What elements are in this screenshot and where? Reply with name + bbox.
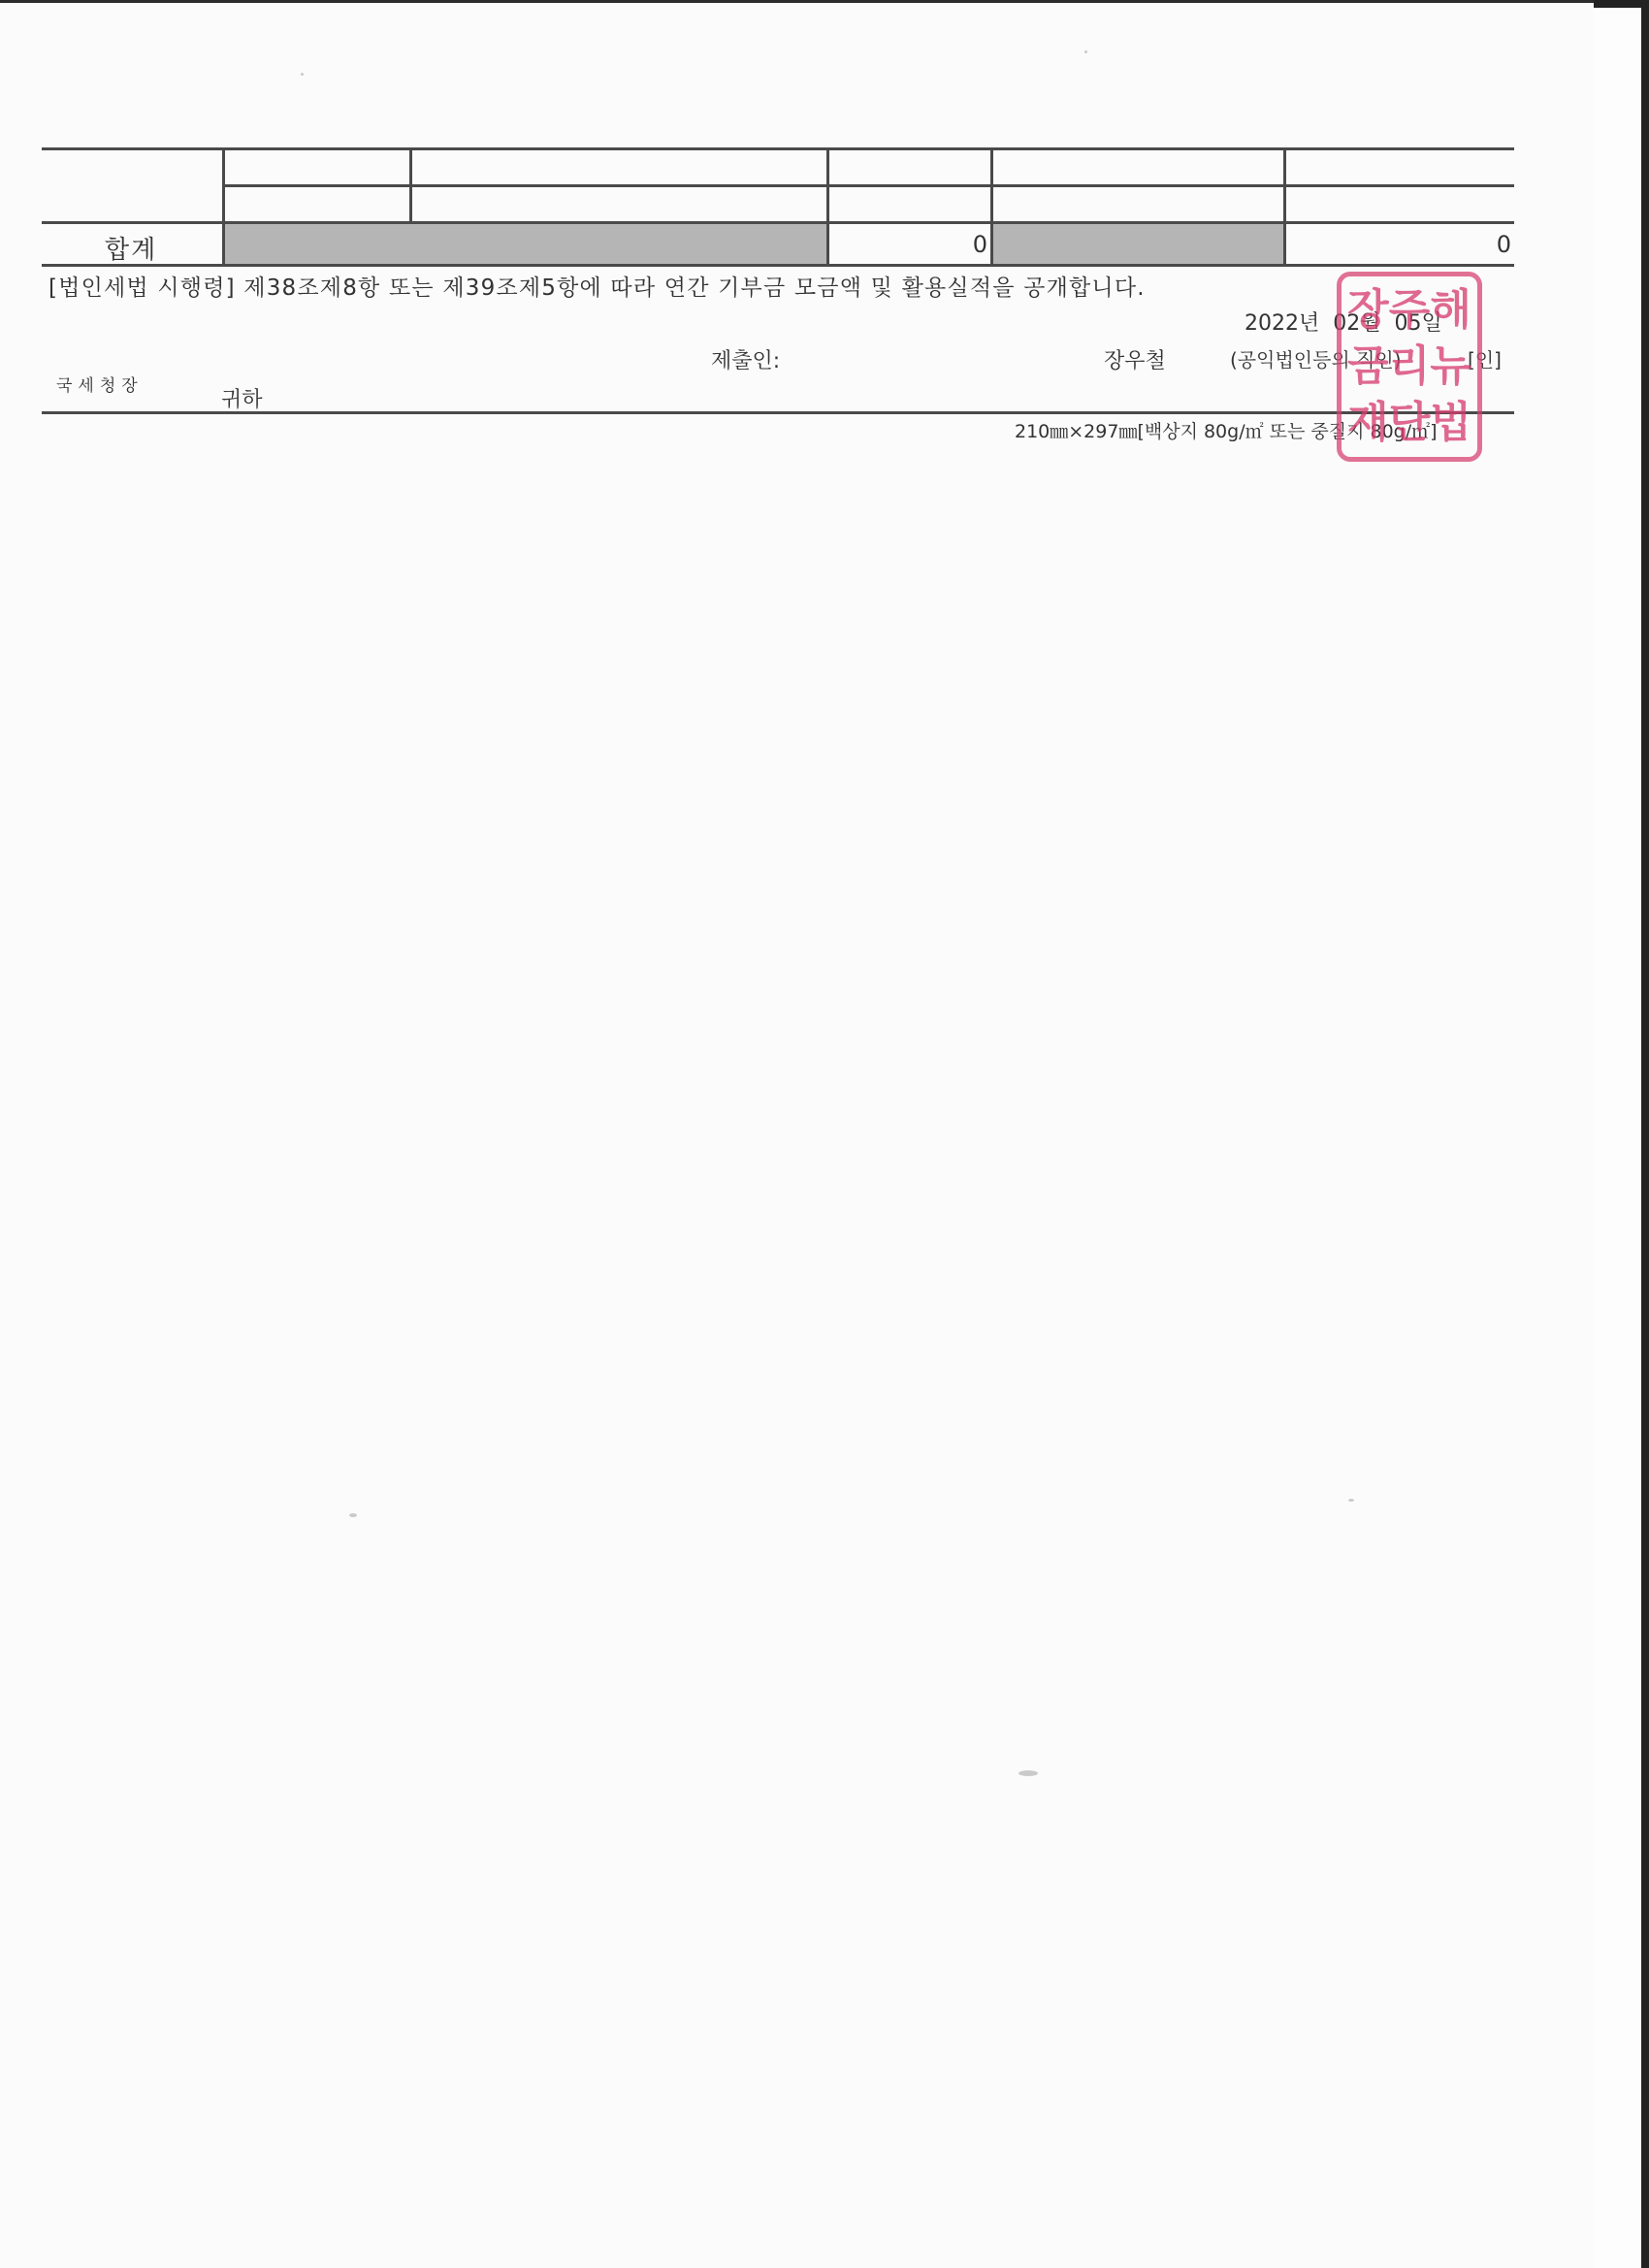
disclosure-notice: [법인세법 시행령] 제38조제8항 또는 제39조제5항에 따라 연간 기부금… [48,270,1146,302]
total-shaded-cell-2 [993,224,1284,264]
scan-speck [1084,50,1087,53]
submitter-name: 장우철 [1104,344,1166,374]
recipient-honorific: 귀하 [221,383,263,413]
seal-char: 뉴 [1430,339,1471,395]
scan-border-right [1641,0,1649,2268]
official-seal-stamp: 장 주 해 금 리 뉴 재 단 법 [1337,272,1482,462]
total-amount-2: 0 [1290,231,1511,258]
total-shaded-cell-1 [225,224,827,264]
scan-speck [1348,1499,1354,1502]
seal-char: 재 [1347,395,1389,451]
seal-char: 리 [1389,339,1431,395]
seal-char: 법 [1430,395,1471,451]
table-col-divider [826,147,829,267]
recipient-name: 국세청장 [56,374,153,398]
table-row-divider [223,184,1514,187]
table-col-divider [409,147,412,224]
footer-divider [42,411,1514,414]
seal-char: 금 [1347,339,1389,395]
scan-speck [301,73,304,76]
seal-char: 장 [1347,282,1389,339]
scan-speck [349,1513,357,1517]
total-amount-1: 0 [834,231,987,258]
table-col-divider [990,147,993,267]
table-col-divider [222,147,225,267]
scan-border-top [0,0,1600,3]
seal-char: 해 [1430,282,1471,339]
seal-char: 단 [1389,395,1431,451]
total-row-label: 합계 [105,230,157,266]
table-top-border [42,147,1514,150]
submitter-label: 제출인: [711,344,780,374]
seal-char: 주 [1389,282,1431,339]
table-col-divider [1283,147,1286,267]
table-bottom-border [42,264,1514,267]
scan-speck [1018,1770,1038,1776]
